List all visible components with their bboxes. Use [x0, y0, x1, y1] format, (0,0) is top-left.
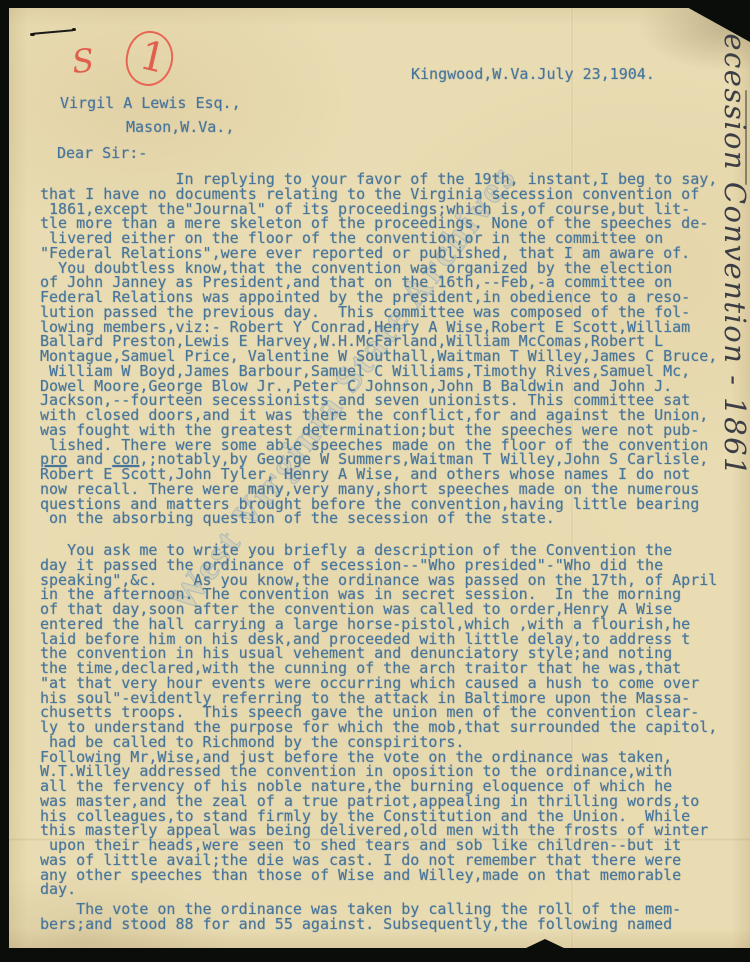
- body-paragraph-1: In replying to your favor of the 19th, i…: [40, 172, 746, 526]
- dateline: Kingwood,W.Va.July 23,1904.: [411, 67, 655, 82]
- pin-bar-icon: [33, 29, 73, 34]
- pin-dot-icon: [72, 28, 76, 31]
- pin-mark: [30, 28, 76, 36]
- recipient-city: Mason,W.Va.,: [126, 120, 234, 135]
- body-paragraph-2: You ask me to write you briefly a descri…: [40, 543, 746, 897]
- recipient-name: Virgil A Lewis Esq.,: [60, 96, 241, 111]
- margin-note-handwriting: Secession Convention - 1861: [718, 12, 750, 477]
- red-letter-annotation: S: [70, 41, 96, 81]
- body-paragraph-3: The vote on the ordinance was taken by c…: [40, 902, 746, 932]
- salutation: Dear Sir:-: [57, 146, 147, 161]
- circled-page-number: 1: [136, 33, 171, 82]
- scan-background: West Virginia State Archives S 1 Kingwoo…: [0, 0, 750, 962]
